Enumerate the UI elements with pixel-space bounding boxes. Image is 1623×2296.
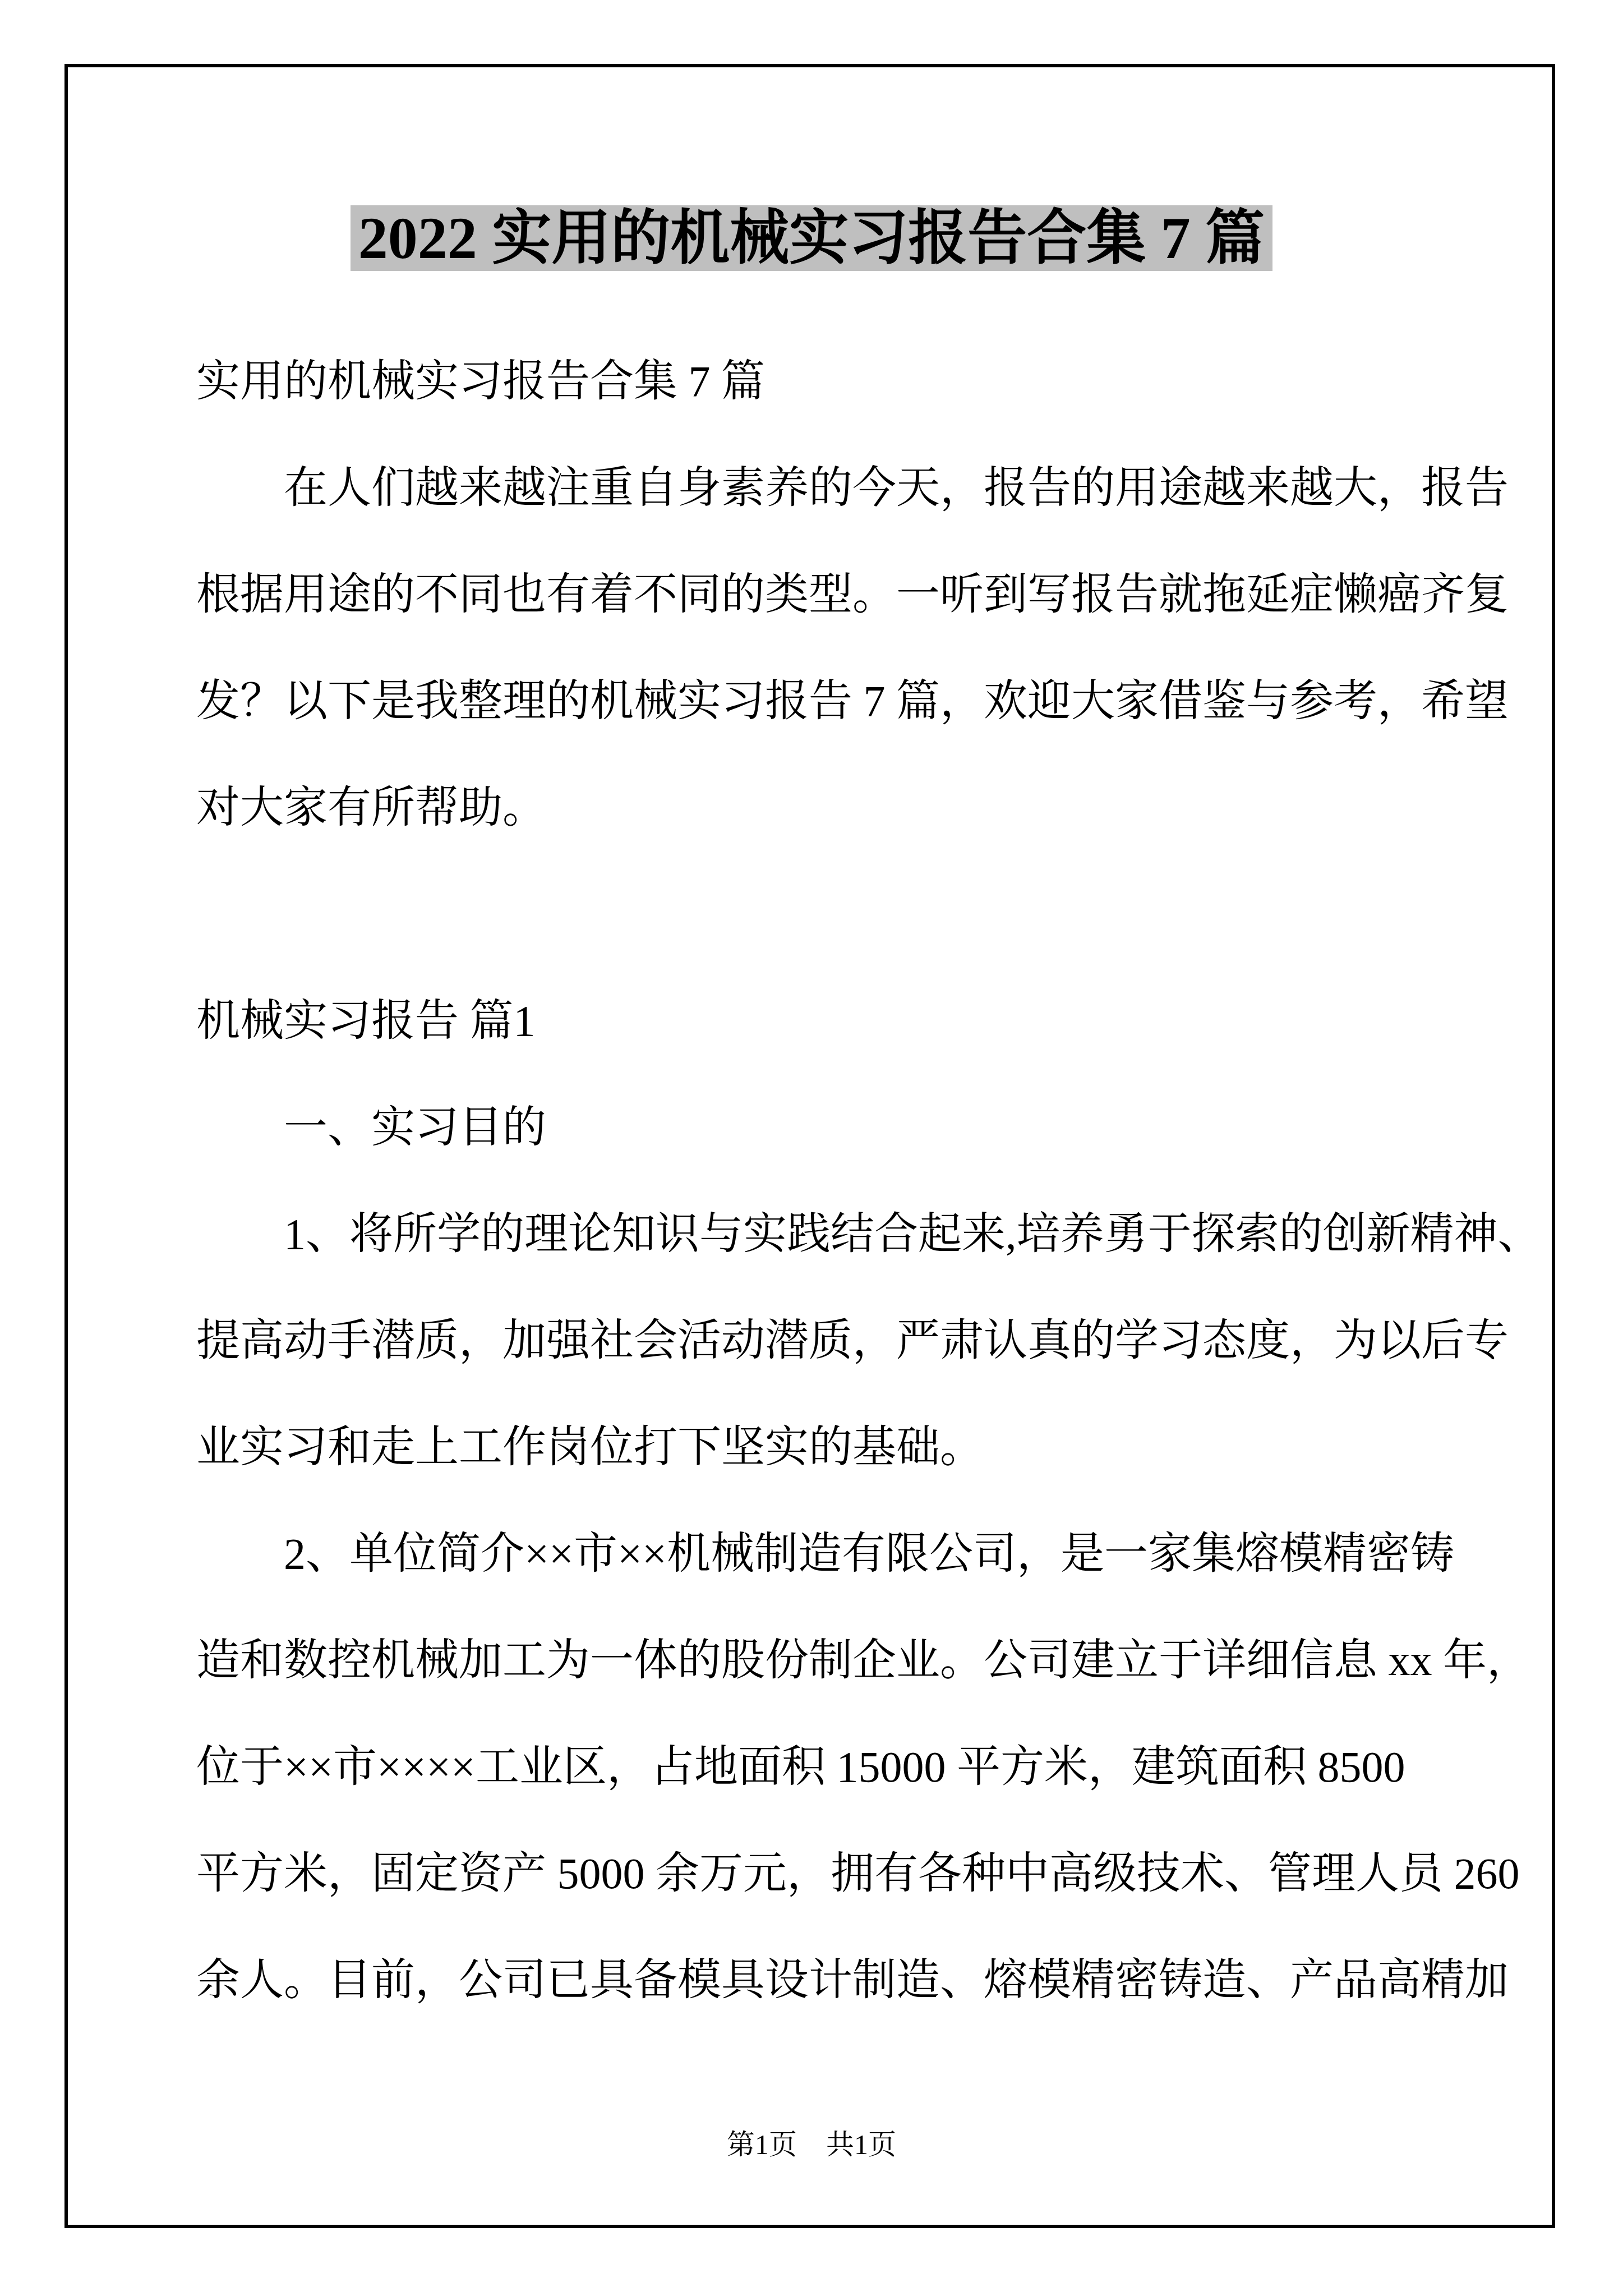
- text-line: 2、单位简介××市××机械制造有限公司，是一家集熔模精密铸: [196, 1501, 1481, 1607]
- text-line: 发？以下是我整理的机械实习报告 7 篇，欢迎大家借鉴与参考，希望: [196, 648, 1481, 754]
- text-line: 提高动手潜质，加强社会活动潜质，严肃认真的学习态度，为以后专: [196, 1287, 1481, 1394]
- text-line: 对大家有所帮助。: [196, 754, 1481, 861]
- document-body: 实用的机械实习报告合集 7 篇 在人们越来越注重自身素养的今天，报告的用途越来越…: [196, 328, 1481, 2033]
- text-line: 造和数控机械加工为一体的股份制企业。公司建立于详细信息 xx 年，: [196, 1607, 1481, 1714]
- text-line: 业实习和走上工作岗位打下坚实的基础。: [196, 1394, 1481, 1501]
- text-line: 机械实习报告 篇1: [196, 968, 1481, 1074]
- document-title-text: 2022 实用的机械实习报告合集 7 篇: [351, 205, 1273, 271]
- text-line: 位于××市××××工业区，占地面积 15000 平方米，建筑面积 8500: [196, 1714, 1481, 1820]
- page-footer: 第1页共1页: [66, 2125, 1557, 2164]
- document-title: 2022 实用的机械实习报告合集 7 篇: [66, 199, 1557, 278]
- text-line: 余人。目前，公司已具备模具设计制造、熔模精密铸造、产品高精加: [196, 1927, 1481, 2033]
- text-line: 平方米，固定资产 5000 余万元，拥有各种中高级技术、管理人员 260: [196, 1820, 1481, 1927]
- text-line: 1、将所学的理论知识与实践结合起来,培养勇于探索的创新精神、: [196, 1181, 1481, 1287]
- text-line: 实用的机械实习报告合集 7 篇: [196, 328, 1481, 435]
- current-page-label: 第1页: [727, 2129, 797, 2160]
- total-pages-label: 共1页: [826, 2129, 896, 2160]
- text-line: 在人们越来越注重自身素养的今天，报告的用途越来越大，报告: [196, 435, 1481, 541]
- text-line: 根据用途的不同也有着不同的类型。一听到写报告就拖延症懒癌齐复: [196, 541, 1481, 648]
- text-line: [196, 861, 1481, 968]
- text-line: 一、实习目的: [196, 1074, 1481, 1181]
- document-page: 2022 实用的机械实习报告合集 7 篇 实用的机械实习报告合集 7 篇 在人们…: [0, 0, 1623, 2296]
